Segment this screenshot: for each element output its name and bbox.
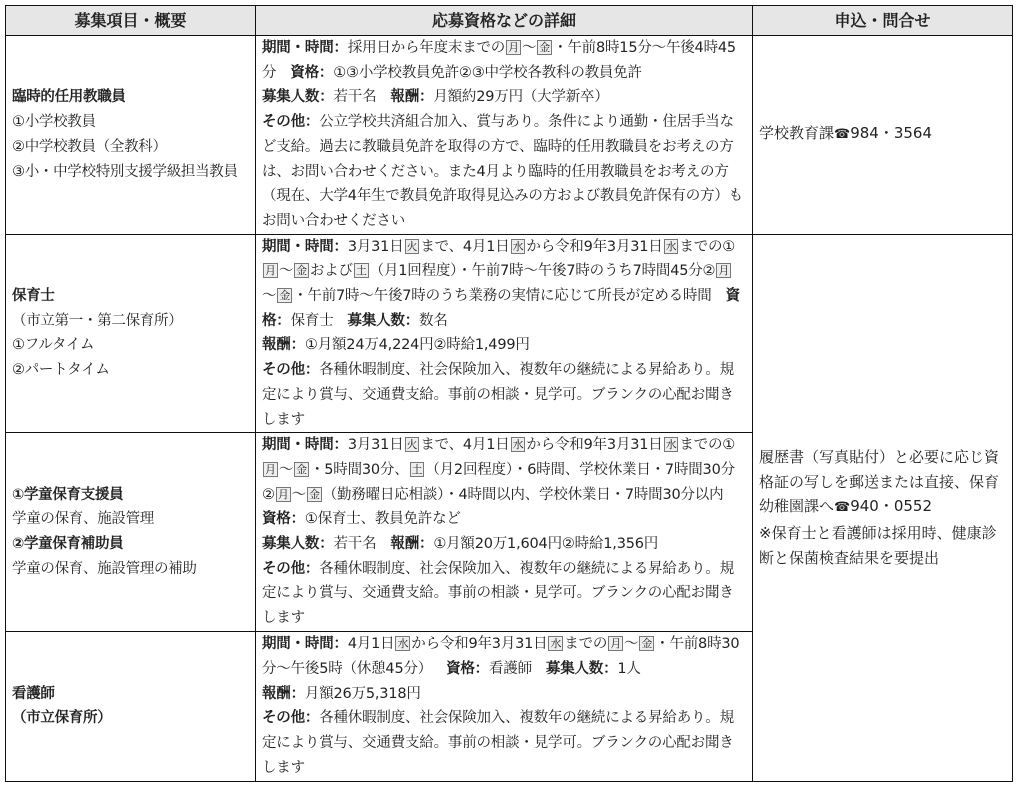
- position-desc: 学童の保育、施設管理の補助: [12, 557, 249, 582]
- weekday-badge: 土: [354, 263, 369, 278]
- details-cell: 期間・時間：4月1日水から令和9年3月31日水までの月〜金・午前8時30分〜午後…: [256, 631, 753, 781]
- position-sub: ①小学校教員: [12, 110, 249, 135]
- details-cell: 期間・時間：3月31日火まで、4月1日水から令和9年3月31日水までの①月〜金・…: [256, 433, 753, 632]
- header-details: 応募資格などの詳細: [256, 6, 753, 36]
- position-cell: 看護師 （市立保育所）: [6, 631, 256, 781]
- details-cell: 期間・時間：3月31日火まで、4月1日水から令和9年3月31日水までの①月〜金お…: [256, 234, 753, 433]
- table-row-temporary-teacher: 臨時的任用教職員 ①小学校教員 ②中学校教員（全教科） ③小・中学校特別支援学級…: [6, 36, 1013, 235]
- count-value: 数名: [419, 313, 448, 329]
- table-row-nursery-teacher: 保育士 （市立第一・第二保育所） ①フルタイム ②パートタイム 期間・時間：3月…: [6, 234, 1013, 433]
- position-title: 看護師: [12, 682, 249, 707]
- other-value: 各種休暇制度、社会保険加入、複数年の継続による昇給あり。規定により賞与、交通費支…: [262, 710, 734, 775]
- count-label: 募集人数：: [262, 89, 334, 105]
- position-title: ①学童保育支援員: [12, 483, 249, 508]
- count-value: 1人: [617, 661, 640, 677]
- position-title: ②学童保育補助員: [12, 532, 249, 557]
- details-cell: 期間・時間：採用日から年度末までの月〜金・午前8時15分〜午後4時45分資格：①…: [256, 36, 753, 235]
- pay-value: ①月額24万4,224円②時給1,499円: [305, 337, 530, 353]
- count-value: 若干名: [334, 89, 377, 105]
- period-label: 期間・時間：: [262, 437, 348, 453]
- weekday-badge: 月: [276, 487, 291, 502]
- pay-value: 月額約29万円（大学新卒）: [433, 89, 608, 105]
- weekday-badge: 水: [511, 437, 526, 452]
- contact-dept: 学校教育課: [759, 124, 834, 142]
- weekday-badge: 水: [548, 636, 563, 651]
- count-label: 募集人数：: [546, 661, 618, 677]
- qualification-label: 資格：: [262, 511, 305, 527]
- weekday-badge: 火: [405, 437, 420, 452]
- weekday-badge: 月: [263, 263, 278, 278]
- period-label: 期間・時間：: [262, 40, 348, 56]
- pay-label: 報酬：: [390, 536, 433, 552]
- position-desc: 学童の保育、施設管理: [12, 507, 249, 532]
- pay-value: ①月額20万1,604円②時給1,356円: [433, 536, 658, 552]
- weekday-badge: 金: [294, 462, 309, 477]
- weekday-badge: 金: [294, 263, 309, 278]
- qualification-label: 資格：: [446, 661, 489, 677]
- table-header-row: 募集項目・概要 応募資格などの詳細 申込・問合せ: [6, 6, 1013, 36]
- contact-phone[interactable]: 984・3564: [850, 124, 932, 142]
- qualification-value: 看護師: [489, 661, 532, 677]
- phone-icon: ☎: [834, 500, 850, 515]
- header-contact: 申込・問合せ: [753, 6, 1013, 36]
- weekday-badge: 水: [664, 437, 679, 452]
- weekday-badge: 水: [511, 239, 526, 254]
- qualification-value: ①③小学校教員免許②③中学校各教科の教員免許: [333, 65, 642, 81]
- other-value: 公立学校共済組合加入、賞与あり。条件により通勤・住居手当など支給。過去に教職員免…: [262, 114, 743, 229]
- recruitment-table: 募集項目・概要 応募資格などの詳細 申込・問合せ 臨時的任用教職員 ①小学校教員…: [5, 5, 1013, 782]
- qualification-value: ①保育士、教員免許など: [305, 511, 461, 527]
- weekday-badge: 金: [639, 636, 654, 651]
- count-label: 募集人数：: [348, 313, 420, 329]
- contact-note: ※保育士と看護師は採用時、健康診断と保菌検査結果を要提出: [759, 524, 997, 567]
- weekday-badge: 金: [277, 288, 292, 303]
- other-value: 各種休暇制度、社会保険加入、複数年の継続による昇給あり。規定により賞与、交通費支…: [262, 362, 734, 427]
- contact-phone[interactable]: 940・0552: [850, 497, 932, 515]
- position-title: 臨時的任用教職員: [12, 85, 249, 110]
- period-label: 期間・時間：: [262, 636, 348, 652]
- position-sub: ③小・中学校特別支援学級担当教員: [12, 160, 249, 185]
- weekday-badge: 月: [716, 263, 731, 278]
- weekday-badge: 金: [307, 487, 322, 502]
- pay-label: 報酬：: [390, 89, 433, 105]
- position-sub: （市立第一・第二保育所）: [12, 309, 249, 334]
- count-value: 若干名: [334, 536, 377, 552]
- position-sub: ②中学校教員（全教科）: [12, 135, 249, 160]
- weekday-badge: 金: [537, 40, 552, 55]
- position-sub: ②パートタイム: [12, 358, 249, 383]
- shared-contact-cell: 履歴書（写真貼付）と必要に応じ資格証の写しを郵送または直接、保育幼稚園課へ☎94…: [753, 234, 1013, 781]
- other-value: 各種休暇制度、社会保険加入、複数年の継続による昇給あり。規定により賞与、交通費支…: [262, 561, 734, 626]
- phone-icon: ☎: [834, 127, 850, 142]
- other-label: その他：: [262, 114, 319, 130]
- weekday-badge: 月: [506, 40, 521, 55]
- header-item-summary: 募集項目・概要: [6, 6, 256, 36]
- position-cell: 臨時的任用教職員 ①小学校教員 ②中学校教員（全教科） ③小・中学校特別支援学級…: [6, 36, 256, 235]
- weekday-badge: 月: [263, 462, 278, 477]
- count-label: 募集人数：: [262, 536, 334, 552]
- weekday-badge: 月: [608, 636, 623, 651]
- weekday-badge: 火: [405, 239, 420, 254]
- other-label: その他：: [262, 710, 319, 726]
- other-label: その他：: [262, 362, 319, 378]
- weekday-badge: 土: [410, 462, 425, 477]
- weekday-badge: 水: [395, 636, 410, 651]
- pay-label: 報酬：: [262, 337, 305, 353]
- position-cell: 保育士 （市立第一・第二保育所） ①フルタイム ②パートタイム: [6, 234, 256, 433]
- qualification-value: 保育士: [291, 313, 334, 329]
- position-sub: （市立保育所）: [12, 706, 249, 731]
- weekday-badge: 水: [664, 239, 679, 254]
- contact-cell: 学校教育課☎984・3564: [753, 36, 1013, 235]
- other-label: その他：: [262, 561, 319, 577]
- qualification-label: 資格：: [290, 65, 333, 81]
- position-sub: ①フルタイム: [12, 333, 249, 358]
- position-cell: ①学童保育支援員 学童の保育、施設管理 ②学童保育補助員 学童の保育、施設管理の…: [6, 433, 256, 632]
- pay-label: 報酬：: [262, 686, 305, 702]
- pay-value: 月額26万5,318円: [305, 686, 421, 702]
- period-label: 期間・時間：: [262, 239, 348, 255]
- position-title: 保育士: [12, 284, 249, 309]
